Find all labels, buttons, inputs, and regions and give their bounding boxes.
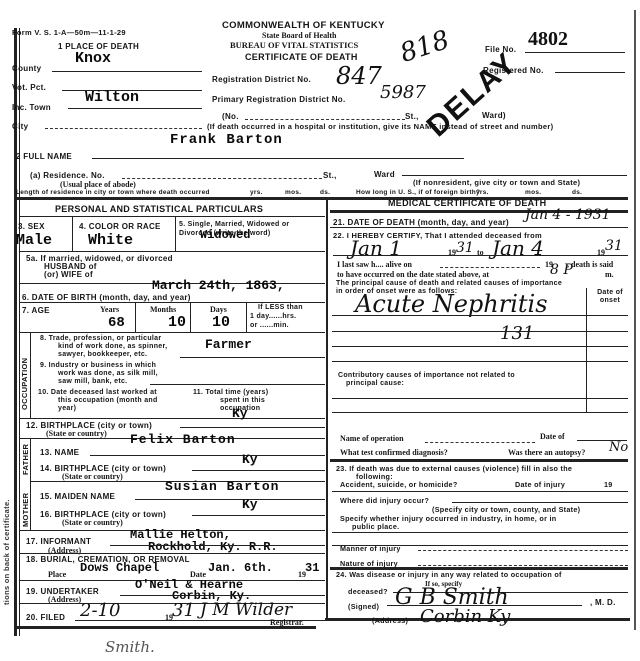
years-label: Years: [100, 305, 119, 314]
county-value: Knox: [75, 50, 111, 67]
autopsy-value: No: [609, 440, 628, 455]
occupation-bottom: [20, 418, 325, 419]
time-value: 8 P: [550, 262, 573, 278]
attended-from: Jan 1: [350, 236, 402, 260]
where-sub: (Specify city or town, county, and State…: [432, 505, 580, 514]
foreign-mos: mos.: [525, 189, 541, 196]
nature-line: [418, 565, 628, 566]
date-of-death-label: 21. DATE OF DEATH (month, day, and year): [333, 218, 509, 227]
months-value: 10: [168, 314, 186, 331]
bureau-title: BUREAU OF VITAL STATISTICS: [230, 40, 358, 50]
birthplace-line: [180, 427, 325, 428]
burial-year-value: 31: [305, 561, 319, 575]
onset-label: Date of onset: [592, 289, 628, 305]
file-no-line: [525, 52, 625, 53]
last-saw-label: I last saw h.... alive on: [337, 260, 412, 269]
age-label: 7. AGE: [22, 306, 50, 315]
principal-cause-value: Acute Nephritis: [355, 290, 548, 318]
autopsy-label: Was there an autopsy?: [508, 448, 585, 457]
industry-label-2: work was done, as silk mill,: [58, 370, 158, 377]
spouse-label-3: (or) WIFE of: [44, 270, 93, 279]
mother-birthplace-sub: (State or country): [62, 518, 123, 527]
form-number: Form V. S. 1-A—50m—11-1-29: [12, 28, 126, 37]
age-bottom: [20, 332, 325, 333]
operation-bottom: [330, 459, 628, 462]
medical-section-title: MEDICAL CERTIFICATE OF DEATH: [388, 198, 546, 208]
foreign-birth-label: How long in U. S., if of foreign birth?: [356, 189, 480, 196]
birthplace-value: Ky: [232, 406, 248, 421]
onset-column-divider: [586, 288, 587, 412]
injury-year-label: 19: [604, 480, 613, 489]
undertaker-line: [120, 595, 325, 596]
attended-to: Jan 4: [492, 236, 544, 260]
months-label: Months: [150, 305, 176, 314]
race-divider: [175, 217, 176, 251]
date-of-death-line: [330, 227, 628, 228]
primary-district-label: Primary Registration District No.: [212, 95, 346, 104]
physician-address-label: (Address): [372, 616, 408, 625]
burial-place-value: Dows Chapel: [80, 561, 159, 575]
operation-label: Name of operation: [340, 434, 404, 443]
sex-label: 3. SEX: [18, 222, 45, 231]
occupation-side-label: OCCUPATION: [20, 358, 29, 410]
inc-town-label: Inc. Town: [12, 103, 51, 112]
cause-line-2: [332, 331, 628, 332]
burial-place-label: Place: [48, 570, 66, 579]
file-no-value: 4802: [528, 28, 568, 51]
principal-label-1: The principal cause of death and related…: [336, 280, 562, 287]
occupation-side-divider: [30, 333, 31, 419]
personal-section-title: PERSONAL AND STATISTICAL PARTICULARS: [55, 204, 263, 214]
birthplace-sub: (State or country): [46, 429, 107, 438]
test-label: What test confirmed diagnosis?: [340, 448, 448, 457]
manner-line: [418, 550, 628, 551]
total-time-label-1: 11. Total time (years): [193, 389, 268, 396]
industry-label-1: 9. Industry or business in which: [40, 362, 156, 369]
filed-label: 20. FILED: [26, 613, 65, 622]
column-divider: [326, 199, 328, 619]
left-border: [14, 28, 17, 636]
inc-town-value: Wilton: [85, 89, 139, 106]
dob-label: 6. DATE OF BIRTH (month, day, and year): [22, 293, 191, 302]
last-worked-label-1: 10. Date deceased last worked at: [38, 389, 157, 396]
trade-line: [180, 357, 325, 358]
cause-line-1: [332, 315, 628, 316]
father-birthplace-sub: (State or country): [62, 472, 123, 481]
registrar-signature: J M Wilder: [200, 600, 292, 620]
full-name-label: 2 FULL NAME: [16, 152, 72, 161]
city-label: City: [12, 122, 28, 131]
residence-st-label: St.,: [323, 171, 337, 180]
trade-value: Farmer: [205, 337, 252, 352]
residence-ward-line: [402, 175, 627, 176]
father-name-line: [90, 455, 325, 456]
cause-note: 131: [500, 323, 534, 344]
informant-address: Rockhold, Ky. R.R.: [148, 540, 278, 554]
less-label-1: If LESS than: [258, 304, 303, 311]
father-name-label: 13. NAME: [40, 448, 79, 457]
trade-label-3: sawyer, bookkeeper, etc.: [58, 351, 147, 358]
city-line: [45, 128, 202, 129]
industry-line: [150, 384, 325, 385]
residence-line: [122, 178, 322, 179]
mother-name-value: Susian Barton: [165, 479, 279, 494]
days-value: 10: [212, 314, 230, 331]
right-border: [634, 10, 636, 630]
last-worked-label-2: this occupation (month and: [58, 397, 158, 404]
primary-district-value: 5987: [380, 82, 426, 103]
length-ds: ds.: [320, 189, 330, 196]
residence-sub: (Usual place of abode): [60, 180, 136, 189]
last-worked-label-3: year): [58, 405, 76, 412]
registered-no-line: [555, 72, 625, 73]
operation-date-label: Date of: [540, 432, 565, 441]
cause-line-3: [332, 346, 628, 347]
full-name-value: Frank Barton: [170, 132, 283, 148]
row3-bottom: [20, 251, 325, 252]
bottom-signature: Smith.: [105, 638, 155, 656]
county-line: [52, 71, 202, 72]
total-time-label-2: spent in this: [220, 397, 265, 404]
contributory-line-1: [332, 398, 628, 399]
mother-birthplace-value: Ky: [242, 497, 258, 512]
foreign-ds: ds.: [572, 189, 582, 196]
contributory-label-2: principal cause:: [346, 380, 404, 387]
length-yrs: yrs.: [250, 189, 263, 196]
signed-label: (Signed): [348, 602, 379, 611]
informant-line: [110, 545, 325, 546]
industry-label-3: saw mill, bank, etc.: [58, 378, 127, 385]
state-title: COMMONWEALTH OF KENTUCKY: [222, 20, 385, 31]
personal-title-line: [20, 216, 325, 217]
father-birthplace-line: [192, 470, 325, 471]
where-label: Where did injury occur?: [340, 496, 429, 505]
burial-date-value: Jan. 6th.: [208, 561, 273, 575]
less-label-2: 1 day......hrs.: [250, 313, 296, 320]
contributory-line-2: [332, 412, 628, 413]
vot-pct-label: Vot. Pct.: [12, 83, 46, 92]
father-name-value: Felix Barton: [130, 432, 236, 447]
side-margin-note: tions on back of certificate.: [2, 499, 11, 605]
occupation-related-label: 24. Was disease or injury in any way rel…: [336, 570, 562, 579]
marital-value: Widowed: [200, 228, 250, 242]
days-divider: [246, 302, 247, 332]
race-label: 4. COLOR OR RACE: [79, 222, 161, 231]
residence-ward-label: Ward: [374, 170, 395, 179]
accident-line: [332, 491, 628, 492]
father-birthplace-value: Ky: [242, 452, 258, 467]
filed-date: 2-10: [80, 600, 120, 621]
years-divider: [135, 302, 136, 332]
cause-line-4: [332, 361, 628, 362]
years-value: 68: [108, 315, 125, 331]
sex-divider: [72, 217, 73, 251]
manner-label: Manner of injury: [340, 544, 401, 553]
certificate-title: CERTIFICATE OF DEATH: [245, 52, 358, 62]
mother-name-label: 15. MAIDEN NAME: [40, 492, 115, 501]
board-title: State Board of Health: [262, 31, 336, 40]
last-saw-line: [440, 267, 540, 268]
trade-label-1: 8. Trade, profession, or particular: [40, 335, 161, 342]
deceased-label: deceased?: [348, 587, 388, 596]
months-divider: [190, 302, 191, 332]
full-name-line: [92, 158, 464, 159]
inc-town-line: [68, 108, 202, 109]
attended-line: [333, 255, 628, 256]
no-label: (No.: [222, 112, 239, 121]
length-mos: mos.: [285, 189, 301, 196]
days-label: Days: [210, 305, 227, 314]
dob-value: March 24th, 1863,: [152, 278, 285, 293]
informant-label: 17. INFORMANT: [26, 537, 91, 546]
date-of-death-value: Jan 4 - 1931: [525, 207, 611, 223]
registration-district-label: Registration District No.: [212, 75, 311, 84]
md-label: , M. D.: [590, 598, 616, 607]
specify-line-1: [332, 532, 628, 533]
informant-bottom: [20, 553, 325, 554]
sex-value: Male: [16, 232, 52, 249]
parents-side-divider: [30, 439, 31, 531]
no-line: [245, 119, 405, 120]
mother-side-label: MOTHER: [21, 493, 30, 527]
st-label: St.,: [405, 112, 419, 121]
death-said-label: , death is said: [567, 260, 613, 269]
where-line: [452, 502, 628, 503]
trade-label-2: kind of work done, as spinner,: [58, 343, 167, 350]
accident-label: Accident, suicide, or homicide?: [340, 480, 458, 489]
dob-bottom: [20, 302, 325, 303]
injury-date-label: Date of injury: [515, 480, 565, 489]
ward-label: Ward): [482, 111, 506, 120]
operation-line: [425, 442, 535, 443]
race-value: White: [88, 232, 133, 249]
mother-name-line: [135, 499, 325, 500]
registration-district-value: 847: [336, 62, 382, 90]
registrar-label: Registrar.: [270, 618, 304, 627]
length-residence-label: Length of residence in city or town wher…: [16, 189, 210, 196]
mother-birthplace-line: [192, 515, 325, 516]
nonresident-note: (If nonresident, give city or town and S…: [413, 178, 580, 187]
filed-year: 31: [172, 600, 195, 621]
contributory-label-1: Contributory causes of importance not re…: [338, 372, 515, 379]
county-label: County: [12, 64, 41, 73]
father-side-label: FATHER: [21, 444, 30, 475]
residence-label: (a) Residence. No.: [30, 171, 105, 180]
year2-value: 31: [605, 238, 623, 254]
less-label-3: or ......min.: [250, 322, 289, 329]
foreign-yrs: yrs.: [476, 189, 489, 196]
hospital-note: (If death occurred in a hospital or inst…: [207, 122, 553, 131]
physician-address: Corbin Ky: [420, 606, 510, 627]
handwritten-number: 818: [397, 25, 453, 69]
year1-value: 31: [456, 240, 474, 256]
occurred-label: to have occurred on the date stated abov…: [337, 270, 489, 279]
m-label: m.: [605, 270, 614, 279]
specify-label-2: public place.: [352, 522, 399, 531]
